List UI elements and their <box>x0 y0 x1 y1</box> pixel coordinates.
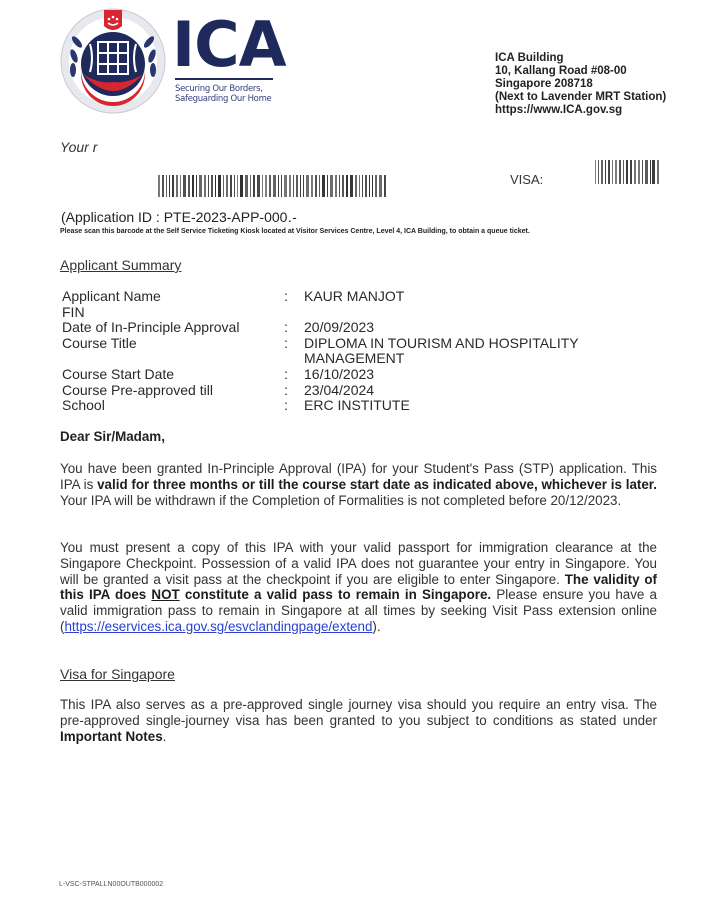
summary-row-applicant-name: Applicant Name : KAUR MANJOT <box>62 289 634 305</box>
address-website: https://www.ICA.gov.sg <box>495 104 666 117</box>
underlined-not: NOT <box>151 587 179 602</box>
summary-value: 20/09/2023 <box>304 320 634 336</box>
summary-colon: : <box>284 367 304 383</box>
summary-row-fin: FIN <box>62 305 634 321</box>
paragraph-visa: This IPA also serves as a pre-approved s… <box>60 697 657 744</box>
salutation: Dear Sir/Madam, <box>60 429 165 444</box>
paragraph-ipa-granted: You have been granted In-Principle Appro… <box>60 461 657 508</box>
summary-label: Date of In-Principle Approval <box>62 320 284 336</box>
application-id: (Application ID : PTE-2023-APP-000․- <box>61 209 297 226</box>
ica-address-block: ICA Building 10, Kallang Road #08-00 Sin… <box>495 52 666 117</box>
address-line: 10, Kallang Road #08-00 <box>495 65 666 78</box>
summary-value: 23/04/2024 <box>304 383 634 399</box>
visa-label: VISA: <box>510 172 543 187</box>
your-reference-label: Your r <box>60 139 97 155</box>
applicant-summary-heading: Applicant Summary <box>60 257 181 273</box>
paragraph-immigration-clearance: You must present a copy of this IPA with… <box>60 540 657 635</box>
visit-pass-extension-link[interactable]: https://eservices.ica.gov.sg/esvclanding… <box>64 619 372 634</box>
logo-tagline: Securing Our Borders, Safeguarding Our H… <box>175 84 271 104</box>
summary-colon: : <box>284 398 304 414</box>
logo-divider <box>175 78 273 80</box>
text: This IPA also serves as a pre-approved s… <box>60 697 657 728</box>
summary-value: ERC INSTITUTE <box>304 398 634 414</box>
ica-wordmark: ICA <box>172 14 286 76</box>
summary-row-course-start: Course Start Date : 16/10/2023 <box>62 367 634 383</box>
summary-value: 16/10/2023 <box>304 367 634 383</box>
summary-label: Course Start Date <box>62 367 284 383</box>
applicant-summary-table: Applicant Name : KAUR MANJOT FIN Date of… <box>62 289 634 414</box>
text: . <box>163 729 167 744</box>
application-barcode <box>158 175 388 197</box>
visa-for-singapore-heading: Visa for Singapore <box>60 666 175 682</box>
bold-important-notes: Important Notes <box>60 729 163 744</box>
summary-colon: : <box>284 383 304 399</box>
text: ). <box>372 619 380 634</box>
summary-value <box>304 305 634 321</box>
summary-colon: : <box>284 320 304 336</box>
visa-barcode <box>595 160 661 184</box>
address-line: (Next to Lavender MRT Station) <box>495 91 666 104</box>
summary-value: DIPLOMA IN TOURISM AND HOSPITALITY MANAG… <box>304 336 634 367</box>
tagline-line-1: Securing Our Borders, <box>175 84 271 94</box>
summary-colon: : <box>284 289 304 305</box>
summary-row-preapproved-till: Course Pre-approved till : 23/04/2024 <box>62 383 634 399</box>
text: constitute a valid pass to remain in Sin… <box>180 587 491 602</box>
summary-value: KAUR MANJOT <box>304 289 634 305</box>
summary-label: Course Pre-approved till <box>62 383 284 399</box>
address-line: Singapore 208718 <box>495 78 666 91</box>
summary-row-approval-date: Date of In-Principle Approval : 20/09/20… <box>62 320 634 336</box>
ica-emblem-logo <box>60 8 166 114</box>
summary-row-school: School : ERC INSTITUTE <box>62 398 634 414</box>
bold-validity-text: valid for three months or till the cours… <box>97 477 657 492</box>
summary-label: School <box>62 398 284 414</box>
document-code: L-VSC-STPALLN00OUTB000002 <box>59 881 163 888</box>
scan-instruction-note: Please scan this barcode at the Self Ser… <box>60 227 540 236</box>
summary-label: Course Title <box>62 336 284 367</box>
text: Your IPA will be withdrawn if the Comple… <box>60 493 621 508</box>
tagline-line-2: Safeguarding Our Home <box>175 94 271 104</box>
summary-colon <box>284 305 304 321</box>
summary-colon: : <box>284 336 304 367</box>
summary-label: FIN <box>62 305 284 321</box>
summary-row-course-title: Course Title : DIPLOMA IN TOURISM AND HO… <box>62 336 634 367</box>
address-line: ICA Building <box>495 52 666 65</box>
summary-label: Applicant Name <box>62 289 284 305</box>
